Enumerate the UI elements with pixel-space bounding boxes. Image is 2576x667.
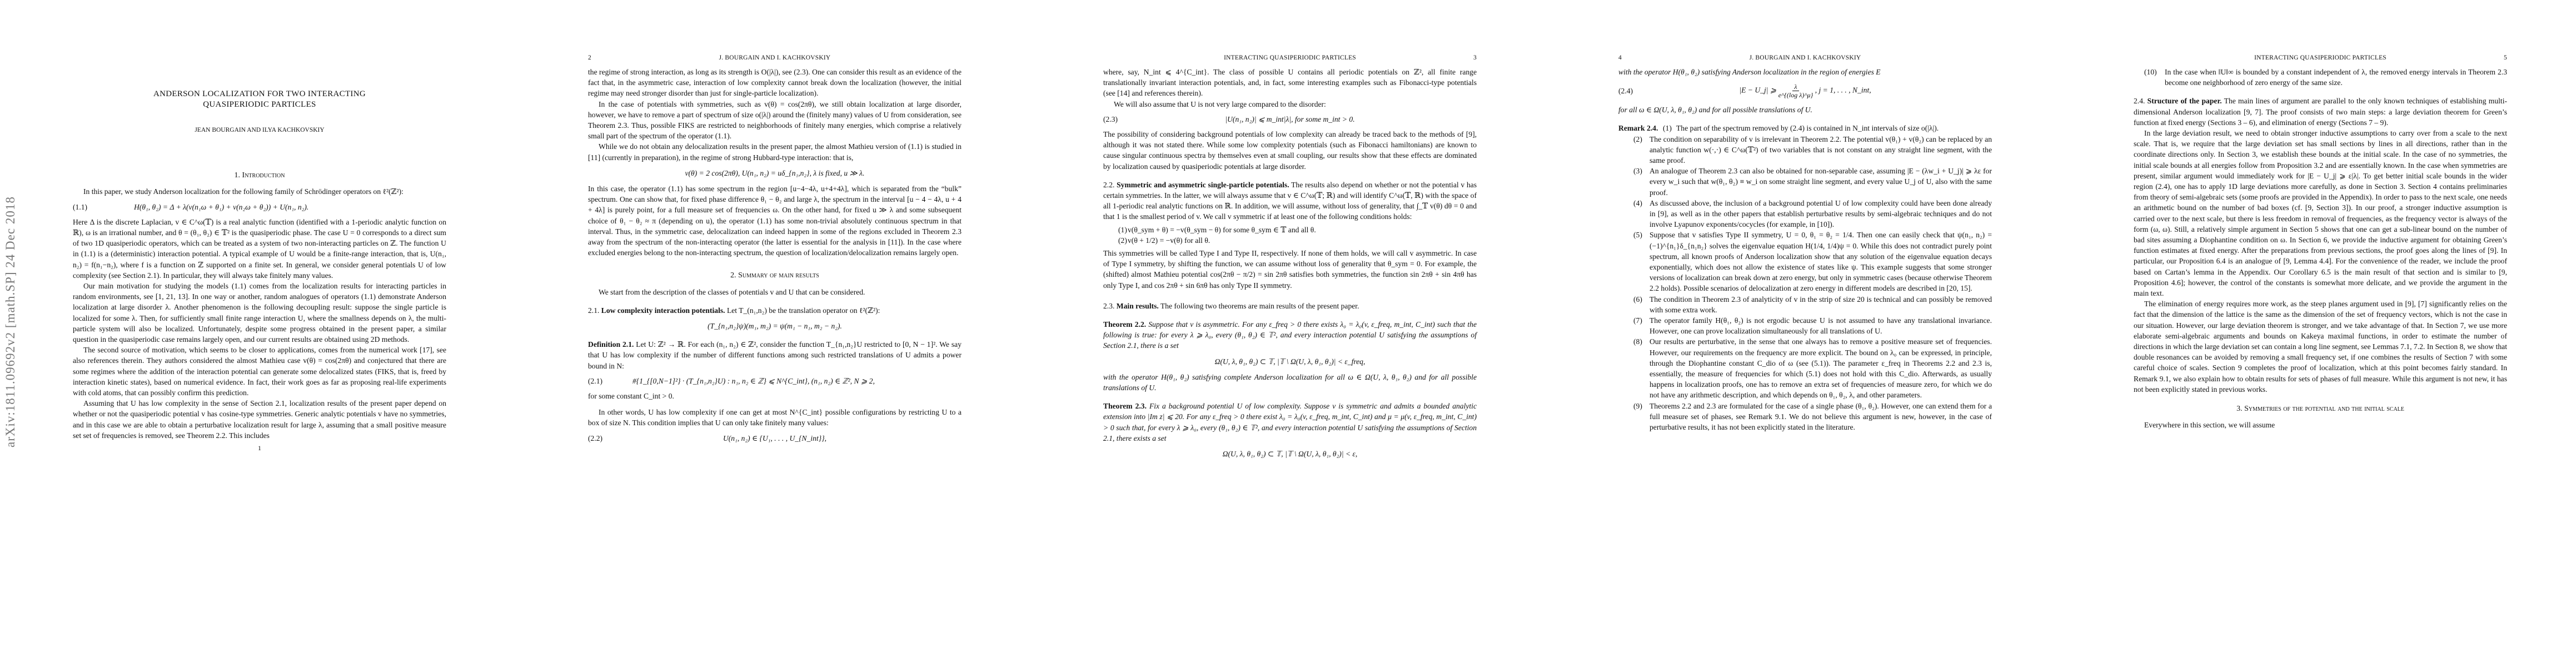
equation-hubbard: v(θ) = 2 cos(2πθ), U(n₁, n₂) = uδ_{n₁,n₂…	[588, 168, 961, 178]
fraction: λ e^{(log λ)^μ}	[1778, 83, 1813, 99]
theorem-2-2: Theorem 2.2. Suppose that v is asymmetri…	[1103, 319, 1477, 351]
remark-2-4: Remark 2.4. (1) The part of the spectrum…	[1618, 123, 1992, 432]
list-item: (5)Suppose that v satisfies Type II symm…	[1618, 230, 1992, 293]
paragraph: Our main motivation for studying the mod…	[73, 281, 446, 345]
subsection-2-3: 2.3. Main results. The following two the…	[1103, 301, 1477, 311]
equation-2-3: (2.3) |U(n₁, n₂)| ⩽ m_int|λ|, for some m…	[1103, 114, 1477, 125]
subsection-number: 2.2.	[1103, 181, 1114, 189]
subsection-number: 2.1.	[588, 306, 599, 315]
theorem-label: Theorem 2.3.	[1103, 402, 1147, 410]
paper-title-line-2: QUASIPERIODIC PARTICLES	[73, 99, 446, 110]
subsection-title: Structure of the paper.	[2148, 97, 2222, 105]
symmetry-conditions: (1) v(θ_sym + θ) = −v(θ_sym − θ) for som…	[1103, 225, 1477, 246]
list-item: (4)As discussed above, the inclusion of …	[1618, 198, 1992, 230]
subsection-2-4: 2.4. Structure of the paper. The main li…	[2134, 96, 2507, 128]
equation-body: H(θ₁, θ₂) = Δ + λ(v(n₁ω + θ₁) + v(n₂ω + …	[106, 202, 446, 212]
equation-body: U(n₁, n₂) ∈ {U₁, . . . , U_{N_int}},	[621, 433, 961, 444]
definition-label: Definition 2.1.	[588, 340, 634, 349]
paragraph: for all ω ∈ Ω(U, λ, θ₁, θ₂) and for all …	[1618, 104, 1992, 115]
theorem-text: Fix a background potential U of low comp…	[1103, 402, 1477, 442]
page-number: 1	[73, 443, 446, 454]
list-item: (10) In the case when ‖U‖∞ is bounded by…	[2134, 67, 2507, 88]
subsection-number: 2.4.	[2134, 97, 2145, 105]
equation-2-2: (2.2) U(n₁, n₂) ∈ {U₁, . . . , U_{N_int}…	[588, 433, 961, 444]
section-heading: 2. Summary of main results	[588, 270, 961, 281]
running-head: 4 J. BOURGAIN AND I. KACHKOVSKIY	[1618, 54, 1992, 64]
list-item: (6)The condition in Theorem 2.3 of analy…	[1618, 294, 1992, 315]
subsection-text: Let T_(n₁,n₂) be the translation operato…	[727, 306, 880, 315]
subsection-2-2: 2.2. Symmetric and asymmetric single-par…	[1103, 180, 1477, 222]
paragraph: We start from the description of the cla…	[588, 287, 961, 297]
page-5: INTERACTING QUASIPERIODIC PARTICLES 5 (1…	[2061, 0, 2576, 667]
subsection-title: Low complexity interaction potentials.	[601, 306, 725, 315]
page-3-body: where, say, N_int ⩽ 4^{C_int}. The class…	[1103, 67, 1477, 464]
running-head-title: J. BOURGAIN AND I. KACHKOVSKIY	[588, 54, 961, 61]
definition-2-1: Definition 2.1. Let U: ℤ² → ℝ. For each …	[588, 339, 961, 371]
equation-tag: (2.4)	[1618, 86, 1652, 96]
theorem-text: Suppose that v is asymmetric. For any ε_…	[1103, 320, 1477, 350]
paragraph: While we do not obtain any delocalizatio…	[588, 141, 961, 162]
equation-translation: (T_{n₁,n₂}ψ)(m₁, m₂) = ψ(m₁ − n₁, m₂ − n…	[588, 321, 961, 331]
equation-body: |E − U_j| ⩾ λ e^{(log λ)^μ} , j = 1, . .…	[1652, 83, 1992, 99]
theorem-equation: Ω(U, λ, θ₁, θ₂) ⊂ 𝕋, |𝕋 \ Ω(U, λ, θ₁, θ₂…	[1103, 449, 1477, 459]
page-3: INTERACTING QUASIPERIODIC PARTICLES 3 wh…	[1030, 0, 1546, 667]
running-head: INTERACTING QUASIPERIODIC PARTICLES 3	[1103, 54, 1477, 64]
page-4-body: with the operator H(θ₁, θ₂) satisfying A…	[1618, 67, 1992, 432]
paragraph: with the operator H(θ₁, θ₂) satisfying A…	[1618, 67, 1992, 77]
arxiv-stamp: arXiv:1811.09692v2 [math.SP] 24 Dec 2018	[3, 196, 18, 447]
remark-label: Remark 2.4.	[1618, 123, 1663, 133]
equation-tag: (2.2)	[588, 433, 621, 444]
paragraph: Everywhere in this section, we will assu…	[2134, 420, 2507, 430]
title-block: ANDERSON LOCALIZATION FOR TWO INTERACTIN…	[73, 89, 446, 136]
section-heading: 1. Introduction	[73, 170, 446, 181]
subsection-2-1: 2.1. Low complexity interaction potentia…	[588, 305, 961, 316]
paragraph: where, say, N_int ⩽ 4^{C_int}. The class…	[1103, 67, 1477, 99]
theorem-2-3: Theorem 2.3. Fix a background potential …	[1103, 401, 1477, 444]
page-1: arXiv:1811.09692v2 [math.SP] 24 Dec 2018…	[0, 0, 515, 667]
page-2: 2 J. BOURGAIN AND I. KACHKOVSKIY the reg…	[515, 0, 1030, 667]
page-2-body: the regime of strong interaction, as lon…	[588, 67, 961, 448]
paragraph: This symmetries will be called Type I an…	[1103, 248, 1477, 291]
subsection-title: Main results.	[1117, 302, 1159, 310]
section-heading: 3. Symmetries of the potential and the i…	[2134, 404, 2507, 414]
equation-tag: (2.3)	[1103, 114, 1137, 125]
paragraph: We will also assume that U is not very l…	[1103, 99, 1477, 109]
equation-tag: (1.1)	[73, 202, 106, 212]
paragraph: The elimination of energy requires more …	[2134, 298, 2507, 395]
list-item: (2) v(θ + 1/2) = −v(θ) for all θ.	[1103, 235, 1477, 246]
paragraph: In this case, the operator (1.1) has som…	[588, 183, 961, 258]
paragraph: In the case of potentials with symmetrie…	[588, 99, 961, 142]
theorem-tail: with the operator H(θ₁, θ₂) satisfying c…	[1103, 372, 1477, 393]
running-head-title: INTERACTING QUASIPERIODIC PARTICLES	[1103, 54, 1477, 61]
paragraph: The possibility of considering backgroun…	[1103, 129, 1477, 172]
theorem-label: Theorem 2.2.	[1103, 320, 1146, 328]
running-head-title: J. BOURGAIN AND I. KACHKOVSKIY	[1618, 54, 1992, 61]
definition-text: Let U: ℤ² → ℝ. For each (n₁, n₂) ∈ ℤ², c…	[588, 340, 961, 370]
list-item: (3)An analogue of Theorem 2.3 can also b…	[1618, 166, 1992, 198]
equation-body: |U(n₁, n₂)| ⩽ m_int|λ|, for some m_int >…	[1137, 114, 1477, 125]
remark-first-item: Remark 2.4. (1) The part of the spectrum…	[1618, 123, 1992, 133]
equation-tag: (2.1)	[588, 376, 621, 386]
paragraph: the regime of strong interaction, as lon…	[588, 67, 961, 99]
paragraph: In other words, U has low complexity if …	[588, 407, 961, 428]
list-item: (2)The condition on separability of v is…	[1618, 134, 1992, 166]
paragraph: In the large deviation result, we need t…	[2134, 128, 2507, 298]
page-5-body: (10) In the case when ‖U‖∞ is bounded by…	[2134, 67, 2507, 431]
paper-title-line-1: ANDERSON LOCALIZATION FOR TWO INTERACTIN…	[73, 89, 446, 99]
page-1-body: ANDERSON LOCALIZATION FOR TWO INTERACTIN…	[73, 89, 446, 454]
page-number: 5	[2504, 54, 2507, 61]
paragraph: The second source of motivation, which s…	[73, 345, 446, 398]
equation-2-1: (2.1) #{1_{[0,N−1]²} · (T_{n₁,n₂}U) : n₁…	[588, 376, 961, 386]
paragraph: Here Δ is the discrete Laplacian, v ∈ C^…	[73, 217, 446, 281]
running-head: INTERACTING QUASIPERIODIC PARTICLES 5	[2134, 54, 2507, 64]
equation-1-1: (1.1) H(θ₁, θ₂) = Δ + λ(v(n₁ω + θ₁) + v(…	[73, 202, 446, 212]
running-head-title: INTERACTING QUASIPERIODIC PARTICLES	[2134, 54, 2507, 61]
subsection-number: 2.3.	[1103, 302, 1114, 310]
subsection-title: Symmetric and asymmetric single-particle…	[1117, 181, 1289, 189]
list-item: (8)Our results are perturbative, in the …	[1618, 336, 1992, 400]
paragraph: In this paper, we study Anderson localiz…	[73, 186, 446, 197]
page-number: 3	[1473, 54, 1477, 61]
list-item: (7)The operator family H(θ₁, θ₂) is not …	[1618, 315, 1992, 336]
page-4: 4 J. BOURGAIN AND I. KACHKOVSKIY with th…	[1546, 0, 2061, 667]
equation-2-4: (2.4) |E − U_j| ⩾ λ e^{(log λ)^μ} , j = …	[1618, 83, 1992, 99]
paragraph: for some constant C_int > 0.	[588, 391, 961, 401]
list-item: (9)Theorems 2.2 and 2.3 are formulated f…	[1618, 401, 1992, 433]
paragraph: Assuming that U has low complexity in th…	[73, 398, 446, 441]
list-item: (1) v(θ_sym + θ) = −v(θ_sym − θ) for som…	[1103, 225, 1477, 235]
running-head: 2 J. BOURGAIN AND I. KACHKOVSKIY	[588, 54, 961, 64]
subsection-text: The following two theorems are main resu…	[1160, 302, 1359, 310]
authors: JEAN BOURGAIN AND ILYA KACHKOVSKIY	[73, 125, 446, 136]
theorem-equation: Ω(U, λ, θ₁, θ₂) ⊂ 𝕋, |𝕋 \ Ω(U, λ, θ₁, θ₂…	[1103, 356, 1477, 367]
equation-body: #{1_{[0,N−1]²} · (T_{n₁,n₂}U) : n₁, n₂ ∈…	[621, 376, 961, 386]
